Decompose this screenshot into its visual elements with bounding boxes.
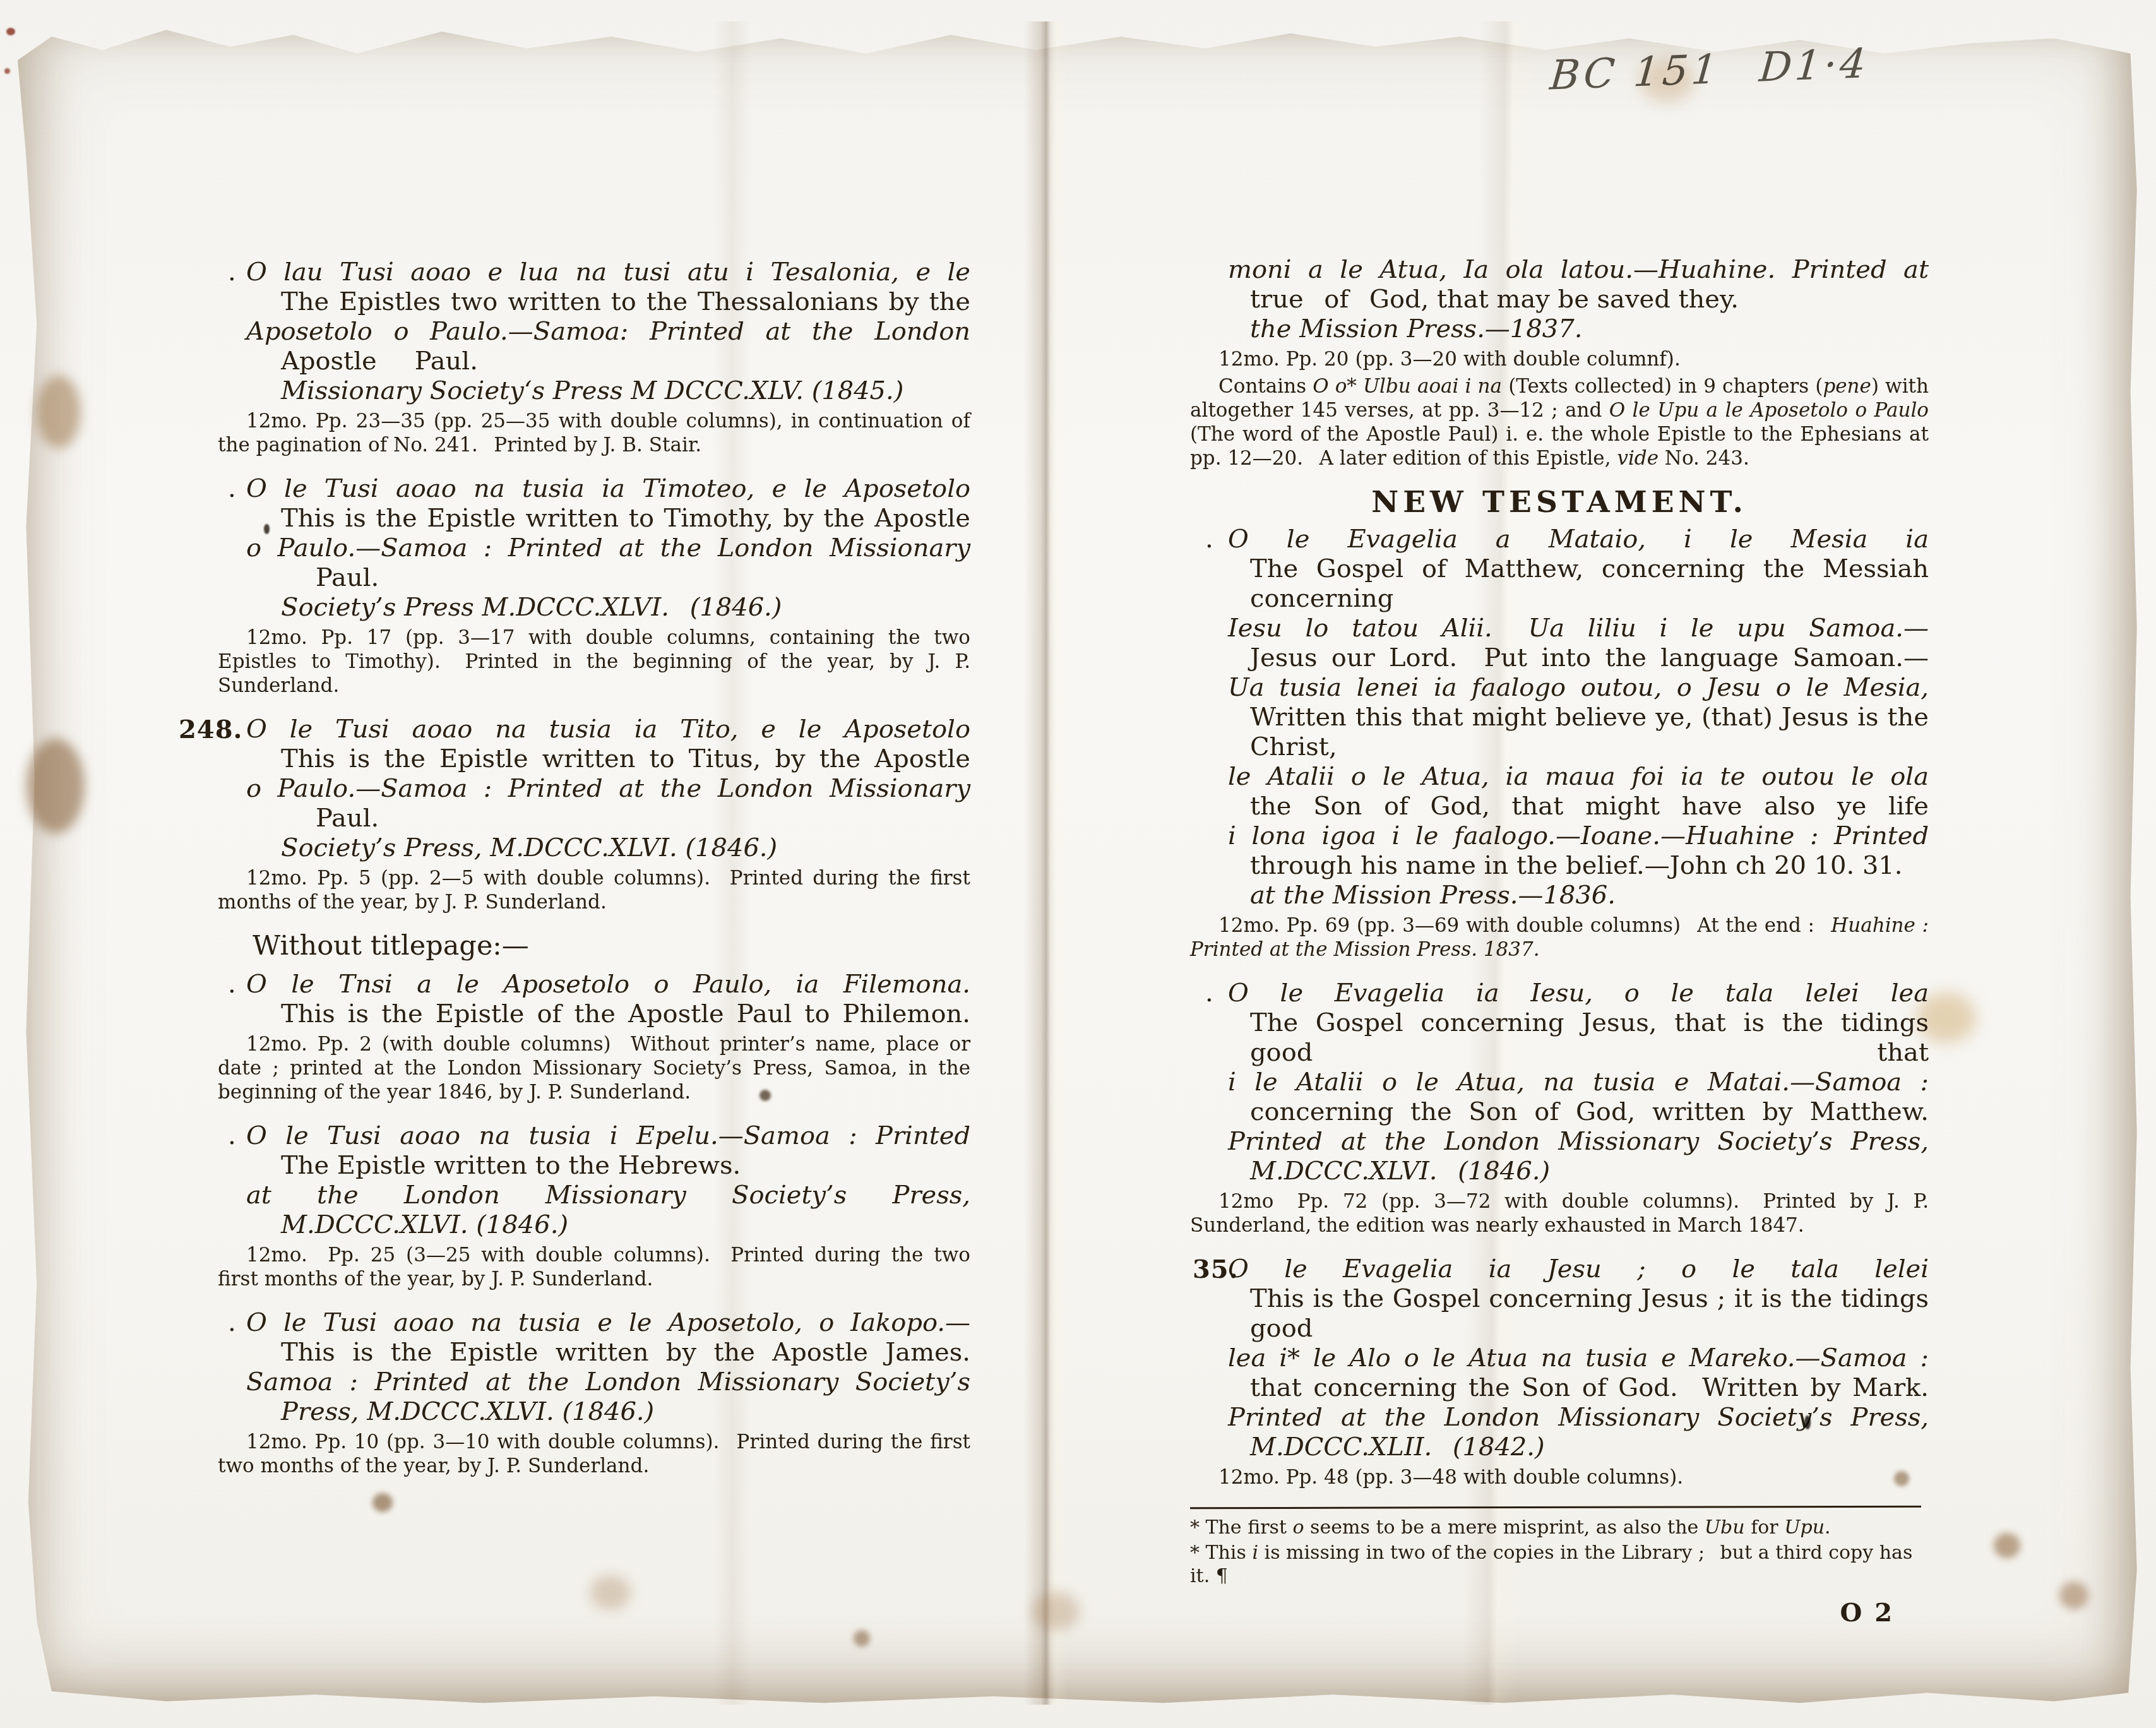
italic-text: o bbox=[1293, 1516, 1304, 1539]
entry-line: Paul. bbox=[218, 804, 970, 833]
entry-note: 12mo Pp. 72 (pp. 3—72 with double column… bbox=[1190, 1189, 1929, 1237]
plain-text: No. 243. bbox=[1659, 447, 1749, 470]
entry-line: Samoa : Printed at the London Missionary… bbox=[218, 1368, 970, 1397]
entry-line: O le Tusi aoao na tusia e le Aposetolo, … bbox=[218, 1308, 970, 1338]
entry-line: through his name in the belief.—John ch … bbox=[1190, 851, 1929, 881]
entry-note: 12mo. Pp. 69 (pp. 3—69 with double colum… bbox=[1190, 914, 1929, 962]
entry-line: i lona igoa i le faalogo.—Ioane.—Huahine… bbox=[1190, 821, 1929, 851]
entry-line: O le Evagelia ia Iesu, o le tala lelei l… bbox=[1190, 979, 1929, 1008]
entry-note: 12mo. Pp. 10 (pp. 3—10 with double colum… bbox=[218, 1430, 970, 1478]
entry-line: at the Mission Press.—1836. bbox=[1190, 881, 1929, 910]
entry-number: . bbox=[228, 258, 236, 287]
footnote-rule bbox=[1190, 1506, 1921, 1509]
entry-line: This is the Epistle written to Timothy, … bbox=[218, 504, 970, 533]
entry-line: O le Evagelia ia Jesu ; o le tala lelei3… bbox=[1190, 1254, 1929, 1284]
entry-line: Society’s Press, M.DCCC.XLVI. (1846.) bbox=[218, 833, 970, 863]
entry-number: . bbox=[1205, 525, 1213, 554]
entry-line: Aposetolo o Paulo.—Samoa: Printed at the… bbox=[218, 317, 970, 347]
plain-text: * This bbox=[1190, 1542, 1252, 1564]
entry-note: 12mo. Pp. 25 (3—25 with double columns).… bbox=[218, 1243, 970, 1291]
plain-text: seems to be a mere misprint, as also the bbox=[1304, 1516, 1705, 1539]
catalog-entry: O le Tusi aoao na tusia ia Timoteo, e le… bbox=[218, 474, 970, 698]
entry-number: 35. bbox=[1193, 1254, 1239, 1284]
entry-line: The Gospel of Matthew, concerning the Me… bbox=[1190, 554, 1929, 614]
entry-line: Society’s Press M.DCCC.XLVI. (1846.) bbox=[218, 593, 970, 623]
entry-line: The Epistles two written to the Thessalo… bbox=[218, 287, 970, 317]
entry-line: o Paulo.—Samoa : Printed at the London M… bbox=[218, 774, 970, 804]
italic-text: pene bbox=[1823, 375, 1871, 398]
plain-text: 12mo. Pp. 69 (pp. 3—69 with double colum… bbox=[1218, 914, 1831, 937]
entry-line: Written this that might believe ye, (tha… bbox=[1190, 703, 1929, 762]
entry-note: 12mo. Pp. 17 (pp. 3—17 with double colum… bbox=[218, 626, 970, 698]
red-speck bbox=[4, 68, 10, 74]
entry-line: O le Tnsi a le Aposetolo o Paulo, ia Fil… bbox=[218, 970, 970, 999]
italic-text: O le Upu a le Aposetolo o Paulo bbox=[1609, 399, 1929, 422]
italic-text: O o* Ulbu aoai i na bbox=[1313, 375, 1508, 398]
entry-note: 12mo. Pp. 2 (with double columns) Withou… bbox=[218, 1032, 970, 1104]
section-heading: NEW TESTAMENT. bbox=[1190, 487, 1929, 517]
catalog-entry: O le Evagelia ia Iesu, o le tala lelei l… bbox=[1190, 979, 1929, 1237]
italic-text: vide bbox=[1617, 447, 1659, 470]
catalog-entry: O le Tnsi a le Aposetolo o Paulo, ia Fil… bbox=[218, 970, 970, 1104]
entry-line: Missionary Society‘s Press M DCCC.XLV. (… bbox=[218, 376, 970, 406]
plain-text: Contains bbox=[1218, 375, 1313, 398]
signature-mark: O 2 bbox=[1190, 1598, 1929, 1628]
red-speck bbox=[6, 28, 15, 35]
catalog-entry: O le Tusi aoao na tusia e le Aposetolo, … bbox=[218, 1308, 970, 1478]
entry-line: O le Tusi aoao na tusia i Epelu.—Samoa :… bbox=[218, 1121, 970, 1151]
section-heading: Without titlepage:— bbox=[218, 931, 970, 961]
footnote: * This i is missing in two of the copies… bbox=[1190, 1541, 1929, 1588]
entry-line: Jesus our Lord. Put into the language Sa… bbox=[1190, 643, 1929, 673]
catalog-entry: O le Evagelia a Mataio, i le Mesia ia.Th… bbox=[1190, 525, 1929, 962]
entry-line: that concerning the Son of God. Written … bbox=[1190, 1373, 1929, 1403]
entry-line: concerning the Son of God, written by Ma… bbox=[1190, 1097, 1929, 1127]
entry-line: i le Atalii o le Atua, na tusia e Matai.… bbox=[1190, 1068, 1929, 1097]
entry-line: moni a le Atua, Ia ola latou.—Huahine. P… bbox=[1190, 255, 1929, 285]
entry-line: Paul. bbox=[218, 563, 970, 593]
left-page-column: O lau Tusi aoao e lua na tusi atu i Tesa… bbox=[218, 258, 970, 1495]
plain-text: (The word of the Apostle Paul) i. e. the… bbox=[1190, 423, 1929, 470]
entry-line: le Atalii o le Atua, ia maua foi ia te o… bbox=[1190, 762, 1929, 792]
catalog-entry: moni a le Atua, Ia ola latou.—Huahine. P… bbox=[1190, 255, 1929, 470]
plain-text: * The first bbox=[1190, 1516, 1293, 1539]
entry-line: O le Tusi aoao na tusia ia Tito, e le Ap… bbox=[218, 715, 970, 744]
entry-line: Ua tusia lenei ia faalogo outou, o Jesu … bbox=[1190, 673, 1929, 703]
entry-line: This is the Epistle written to Titus, by… bbox=[218, 744, 970, 774]
entry-line: at the London Missionary Society’s Press… bbox=[218, 1181, 970, 1210]
entry-line: Printed at the London Missionary Society… bbox=[1190, 1127, 1929, 1157]
right-page-column: moni a le Atua, Ia ola latou.—Huahine. P… bbox=[1190, 255, 1929, 1628]
entry-number: . bbox=[1205, 979, 1213, 1008]
entry-line: true of God, that may be saved they. bbox=[1190, 285, 1929, 314]
plain-text: for bbox=[1745, 1516, 1785, 1539]
entry-note: 12mo. Pp. 20 (pp. 3—20 with double colum… bbox=[1190, 347, 1929, 371]
italic-text: i bbox=[1252, 1542, 1258, 1564]
italic-text: Ubu bbox=[1705, 1516, 1745, 1539]
entry-note: 12mo. Pp. 5 (pp. 2—5 with double columns… bbox=[218, 866, 970, 914]
plain-text: . bbox=[1825, 1516, 1831, 1539]
entry-line: M.DCCC.XLVI. (1846.) bbox=[1190, 1157, 1929, 1186]
entry-line: This is the Epistle written by the Apost… bbox=[218, 1338, 970, 1368]
entry-line: This is the Gospel concerning Jesus ; it… bbox=[1190, 1284, 1929, 1344]
catalog-entry: O lau Tusi aoao e lua na tusi atu i Tesa… bbox=[218, 258, 970, 457]
entry-note: 12mo. Pp. 48 (pp. 3—48 with double colum… bbox=[1190, 1465, 1929, 1489]
entry-line: O le Evagelia a Mataio, i le Mesia ia. bbox=[1190, 525, 1929, 554]
footnote: * The first o seems to be a mere misprin… bbox=[1190, 1516, 1929, 1539]
italic-text: Upu bbox=[1784, 1516, 1825, 1539]
entry-line: M.DCCC.XLVI. (1846.) bbox=[218, 1210, 970, 1240]
entry-line: Iesu lo tatou Alii. Ua liliu i le upu Sa… bbox=[1190, 614, 1929, 643]
entry-line: Apostle Paul. bbox=[218, 347, 970, 376]
scanned-document: { "document": { "kind": "scanned bibliog… bbox=[0, 0, 2156, 1728]
catalog-entry: O le Tusi aoao na tusia i Epelu.—Samoa :… bbox=[218, 1121, 970, 1291]
entry-line: The Epistle written to the Hebrews. bbox=[218, 1151, 970, 1181]
entry-line: The Gospel concerning Jesus, that is the… bbox=[1190, 1008, 1929, 1068]
entry-line: the Mission Press.—1837. bbox=[1190, 314, 1929, 344]
entry-number: . bbox=[228, 1308, 236, 1338]
entry-line: the Son of God, that might have also ye … bbox=[1190, 792, 1929, 821]
plain-text: is missing in two of the copies in the L… bbox=[1190, 1542, 1912, 1587]
entry-number: 248. bbox=[179, 715, 242, 744]
entry-note: 12mo. Pp. 23—35 (pp. 25—35 with double c… bbox=[218, 409, 970, 457]
catalog-entry: O le Tusi aoao na tusia ia Tito, e le Ap… bbox=[218, 715, 970, 914]
entry-number: . bbox=[228, 970, 236, 999]
entry-note: Contains O o* Ulbu aoai i na (Texts coll… bbox=[1190, 374, 1929, 470]
entry-line: This is the Epistle of the Apostle Paul … bbox=[218, 999, 970, 1029]
entry-number: . bbox=[228, 1121, 236, 1151]
catalog-entry: O le Evagelia ia Jesu ; o le tala lelei3… bbox=[1190, 1254, 1929, 1489]
plain-text: (Texts collected) in 9 chapters ( bbox=[1508, 375, 1823, 398]
entry-number: . bbox=[228, 474, 236, 504]
entry-line: M.DCCC.XLII. (1842.) bbox=[1190, 1433, 1929, 1462]
entry-line: O lau Tusi aoao e lua na tusi atu i Tesa… bbox=[218, 258, 970, 287]
entry-line: Press, M.DCCC.XLVI. (1846.) bbox=[218, 1397, 970, 1427]
entry-line: lea i* le Alo o le Atua na tusia e Marek… bbox=[1190, 1344, 1929, 1373]
entry-line: Printed at the London Missionary Society… bbox=[1190, 1403, 1929, 1433]
entry-line: o Paulo.—Samoa : Printed at the London M… bbox=[218, 533, 970, 563]
entry-line: O le Tusi aoao na tusia ia Timoteo, e le… bbox=[218, 474, 970, 504]
